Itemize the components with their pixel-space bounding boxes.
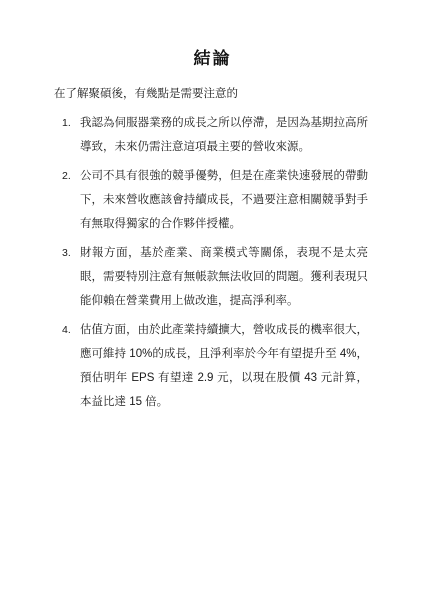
list-item-number: 4.: [62, 318, 80, 342]
document-page: 結論 在了解聚碩後，有幾點是需要注意的 1. 我認為伺服器業務的成長之所以停滯，…: [0, 0, 425, 600]
list-item: 2. 公司不具有很強的競爭優勢，但是在產業快速發展的帶動下，未來營收應該會持續成…: [0, 164, 425, 236]
list-item: 4. 估值方面，由於此產業持續擴大，營收成長的機率很大，應可維持 10%的成長，…: [0, 318, 425, 414]
list-item-number: 3.: [62, 241, 80, 265]
intro-text: 在了解聚碩後，有幾點是需要注意的: [0, 82, 425, 106]
list-item-text: 估值方面，由於此產業持續擴大，營收成長的機率很大，應可維持 10%的成長，且淨利…: [80, 318, 368, 414]
page-title: 結論: [0, 0, 425, 71]
list-item: 3. 財報方面，基於產業、商業模式等關係，表現不是太亮眼，需要特別注意有無帳款無…: [0, 241, 425, 313]
list-item-text: 財報方面，基於產業、商業模式等關係，表現不是太亮眼，需要特別注意有無帳款無法收回…: [80, 241, 368, 313]
list-item-text: 我認為伺服器業務的成長之所以停滯，是因為基期拉高所導致，未來仍需注意這項最主要的…: [80, 111, 368, 159]
conclusion-list: 1. 我認為伺服器業務的成長之所以停滯，是因為基期拉高所導致，未來仍需注意這項最…: [0, 111, 425, 414]
list-item: 1. 我認為伺服器業務的成長之所以停滯，是因為基期拉高所導致，未來仍需注意這項最…: [0, 111, 425, 159]
list-item-text: 公司不具有很強的競爭優勢，但是在產業快速發展的帶動下，未來營收應該會持續成長，不…: [80, 164, 368, 236]
list-item-number: 1.: [62, 111, 80, 135]
list-item-number: 2.: [62, 164, 80, 188]
